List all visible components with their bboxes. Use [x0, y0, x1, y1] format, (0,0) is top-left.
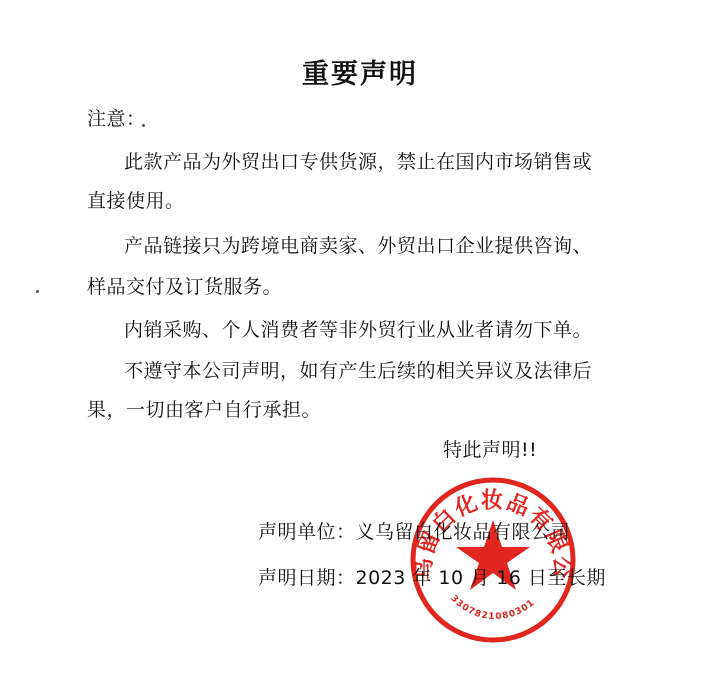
paragraph-line: 样品交付及订货服务。	[87, 272, 282, 299]
issuer-line: 声明单位：义乌留白化妆品有限公司	[258, 517, 570, 544]
paragraph-line: 果，一切由客户自行承担。	[87, 395, 321, 422]
scan-speck	[142, 124, 145, 127]
closing-statement: 特此声明!!	[443, 435, 537, 462]
paragraph-line: 内销采购、个人消费者等非外贸行业从业者请勿下单。	[124, 315, 592, 342]
date-line: 声明日期：2023 年 10 月 16 日至长期	[258, 563, 606, 590]
paragraph-line: 直接使用。	[87, 186, 185, 213]
note-label: 注意：	[87, 104, 146, 131]
paragraph-line: 此款产品为外贸出口专供货源，禁止在国内市场销售或	[124, 147, 592, 174]
paragraph-line: 产品链接只为跨境电商卖家、外贸出口企业提供咨询、	[124, 231, 592, 258]
scan-speck	[36, 290, 39, 293]
page-title: 重要声明	[0, 52, 720, 91]
paragraph-line: 不遵守本公司声明，如有产生后续的相关异议及法律后	[124, 356, 592, 383]
